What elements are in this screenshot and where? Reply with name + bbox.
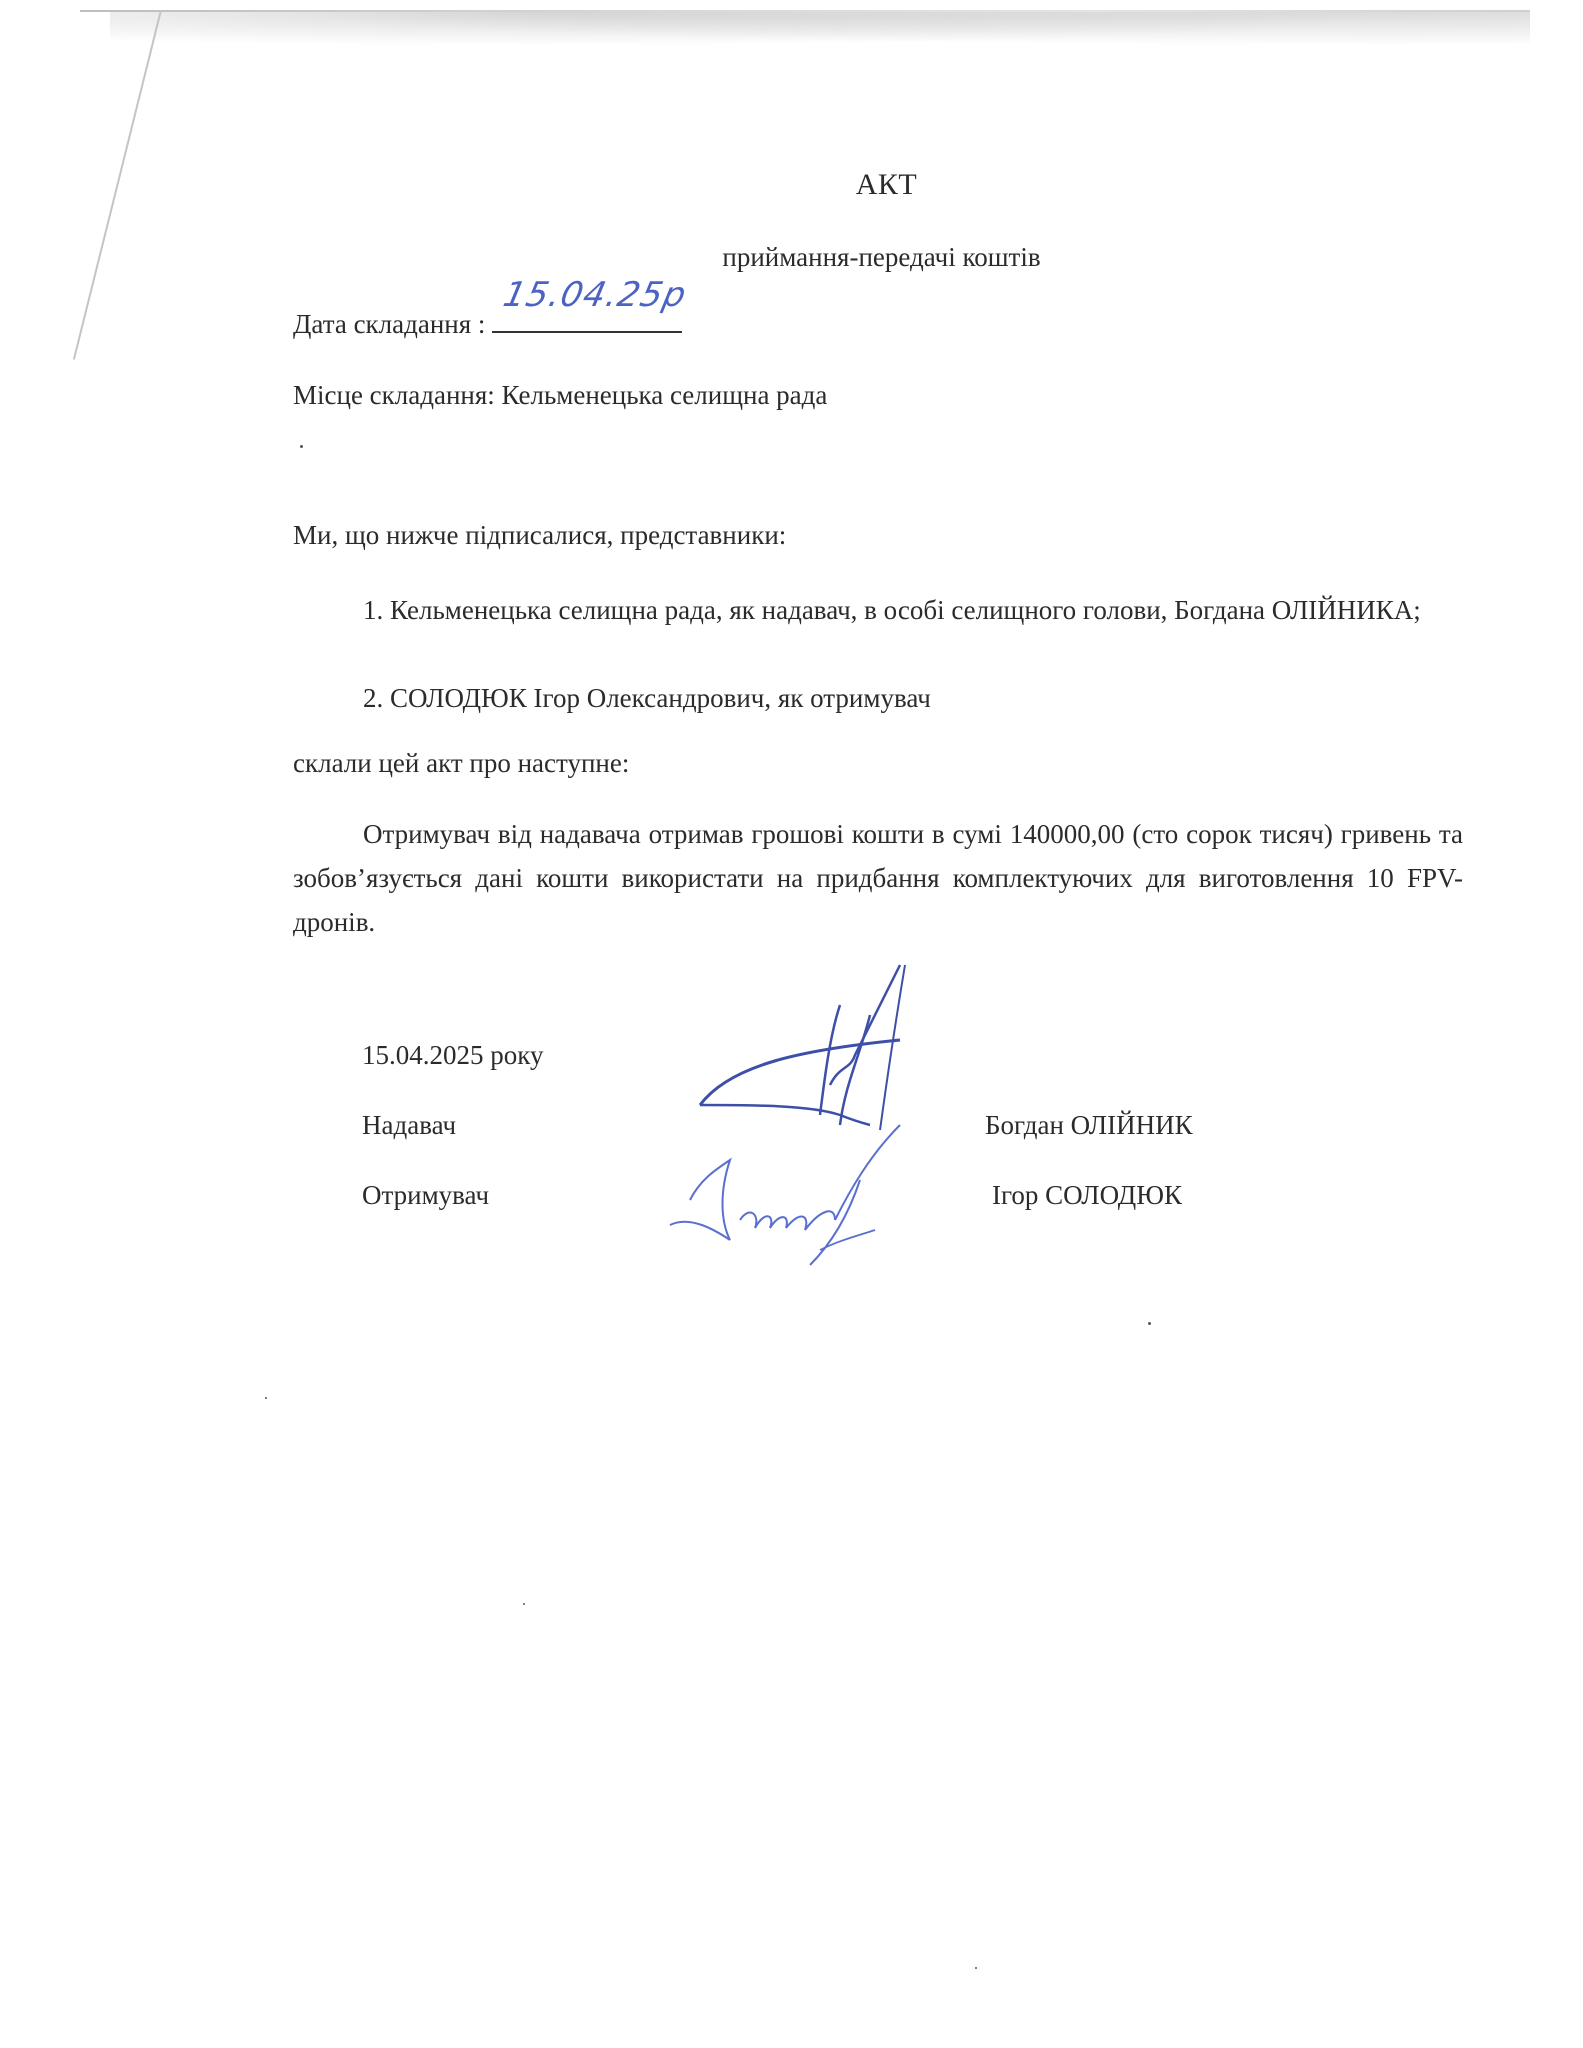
- document-subtitle: приймання-передачі коштів: [0, 242, 1583, 273]
- intro-text: Ми, що нижче підписалися, представники:: [293, 520, 786, 551]
- place-value: Кельменецька селищна рада: [502, 380, 828, 410]
- party-1-text: Кельменецька селищна рада, як надавач, в…: [390, 595, 1421, 625]
- party-2-text: СОЛОДЮК Ігор Олександрович, як отримувач: [390, 683, 931, 713]
- body-paragraph: Отримувач від надавача отримав грошові к…: [293, 812, 1463, 944]
- party-1: 1. Кельменецька селищна рада, як надавач…: [293, 588, 1463, 632]
- composed-text: склали цей акт про наступне:: [293, 748, 629, 779]
- provider-signature-icon: [690, 955, 960, 1135]
- recipient-signature-icon: [660, 1120, 920, 1270]
- scan-speck: [265, 1397, 267, 1399]
- date-label: Дата складання :: [293, 309, 485, 339]
- signature-date: 15.04.2025 року: [362, 1040, 544, 1071]
- document-title: АКТ: [0, 168, 1583, 202]
- party-2-number: 2.: [363, 683, 383, 713]
- scan-speck: [523, 1603, 525, 1605]
- date-field: 15.04.25р: [492, 305, 682, 333]
- date-line: Дата складання : 15.04.25р: [293, 305, 682, 340]
- scan-speck: [975, 1967, 977, 1969]
- signatory-role-recipient: Отримувач: [362, 1180, 489, 1211]
- place-label: Місце складання:: [293, 380, 495, 410]
- signatory-name-recipient: Ігор СОЛОДЮК: [992, 1180, 1182, 1211]
- party-2: 2. СОЛОДЮК Ігор Олександрович, як отриму…: [293, 676, 1463, 720]
- place-line: Місце складання: Кельменецька селищна ра…: [293, 380, 827, 411]
- scan-shadow: [110, 12, 1530, 52]
- scan-speck: [1148, 1322, 1151, 1325]
- party-1-number: 1.: [363, 595, 383, 625]
- signatory-role-provider: Надавач: [362, 1110, 456, 1141]
- handwritten-date: 15.04.25р: [500, 275, 691, 315]
- signatory-name-provider: Богдан ОЛІЙНИК: [985, 1110, 1193, 1141]
- scan-speck: [300, 445, 303, 448]
